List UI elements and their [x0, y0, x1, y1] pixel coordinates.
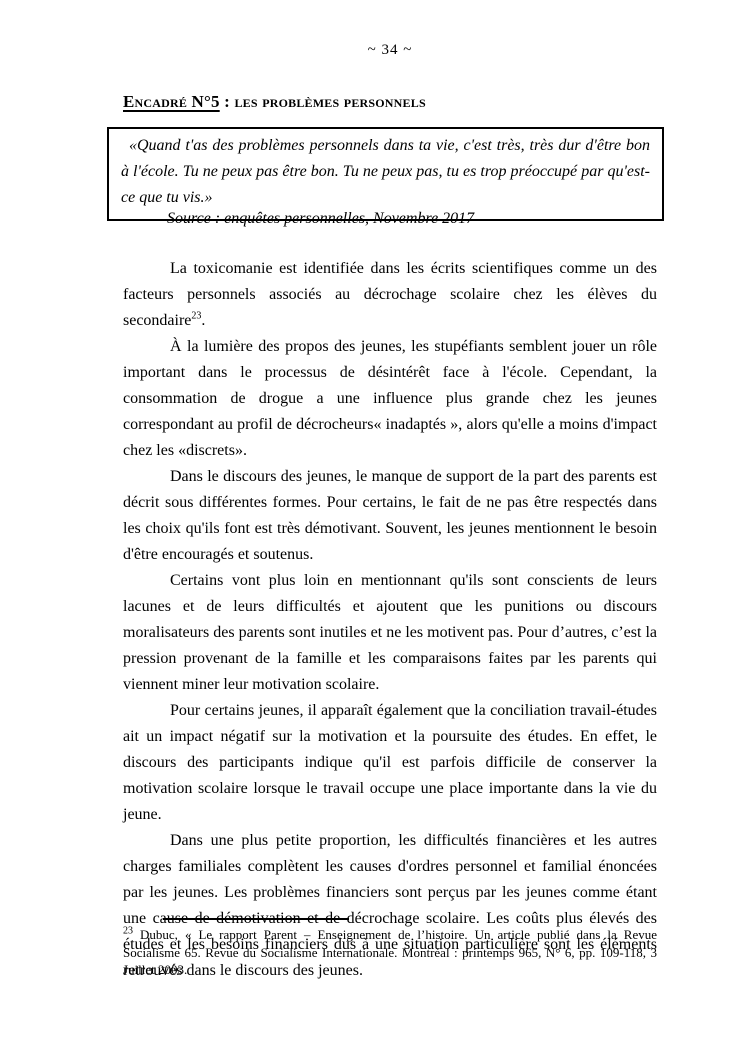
footnote-text: Dubuc, « Le rapport Parent – Enseignemen… [123, 927, 657, 977]
footnote-number: 23 [123, 926, 133, 937]
page-number: ~ 34 ~ [123, 42, 657, 59]
section-heading-label: Encadré N°5 [123, 92, 220, 111]
paragraph-text: . [201, 312, 205, 329]
footnote-reference: 23 [191, 311, 201, 322]
paragraph-toxicomanie: La toxicomanie est identifiée dans les é… [123, 256, 657, 334]
quote-text: «Quand t'as des problèmes personnels dan… [121, 133, 650, 211]
paragraph-conciliation-travail-etudes: Pour certains jeunes, il apparaît égalem… [123, 698, 657, 828]
document-page: ~ 34 ~ Encadré N°5 : les problèmes perso… [0, 0, 744, 1053]
footnote: 23 Dubuc, « Le rapport Parent – Enseigne… [123, 926, 657, 979]
section-heading-subtitle: : les problèmes personnels [220, 92, 426, 111]
source-line: Source : enquêtes personnelles, Novembre… [167, 210, 474, 228]
body-text: La toxicomanie est identifiée dans les é… [123, 256, 657, 984]
paragraph-stupefiants: À la lumière des propos des jeunes, les … [123, 334, 657, 464]
section-heading: Encadré N°5 : les problèmes personnels [123, 92, 657, 112]
footnote-separator-line [163, 918, 349, 920]
paragraph-lacunes: Certains vont plus loin en mentionnant q… [123, 568, 657, 698]
quote-box: «Quand t'as des problèmes personnels dan… [107, 127, 664, 221]
paragraph-manque-de-support: Dans le discours des jeunes, le manque d… [123, 464, 657, 568]
